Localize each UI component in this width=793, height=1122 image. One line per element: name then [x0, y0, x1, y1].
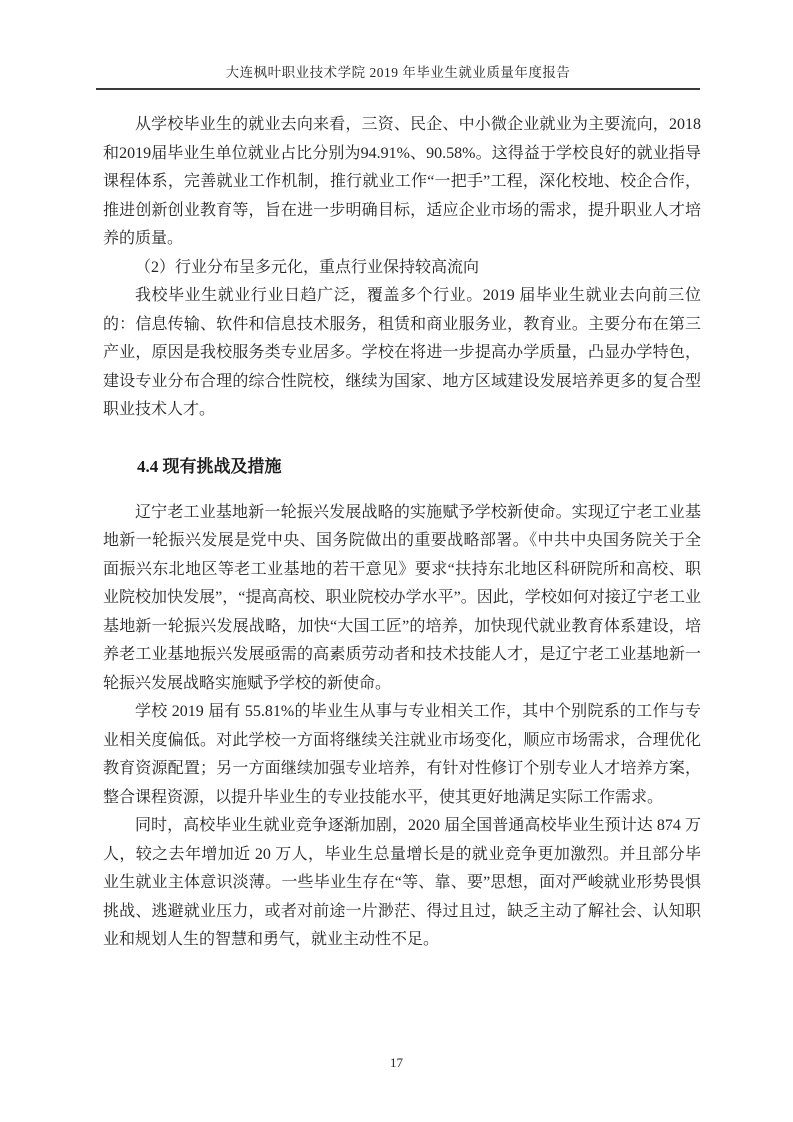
paragraph: 从学校毕业生的就业去向来看，三资、民企、中小微企业就业为主要流向，2018和20… — [103, 111, 701, 254]
page-header: 大连枫叶职业技术学院 2019 年毕业生就业质量年度报告 — [96, 64, 700, 90]
paragraph: 我校毕业生就业行业日趋广泛，覆盖多个行业。2019 届毕业生就业去向前三位的：信… — [103, 282, 701, 425]
paragraph: 学校 2019 届有 55.81%的毕业生从事与专业相关工作，其中个别院系的工作… — [103, 698, 701, 812]
paragraph: 辽宁老工业基地新一轮振兴发展战略的实施赋予学校新使命。实现辽宁老工业基地新一轮振… — [103, 499, 701, 699]
header-title: 大连枫叶职业技术学院 2019 年毕业生就业质量年度报告 — [226, 65, 571, 80]
document-body: 从学校毕业生的就业去向来看，三资、民企、中小微企业就业为主要流向，2018和20… — [103, 111, 701, 955]
page-number: 17 — [390, 1055, 403, 1070]
section-heading: 4.4 现有挑战及措施 — [103, 452, 701, 481]
document-page: 大连枫叶职业技术学院 2019 年毕业生就业质量年度报告 从学校毕业生的就业去向… — [0, 0, 793, 1122]
paragraph: 同时，高校毕业生就业竞争逐渐加剧，2020 届全国普通高校毕业生预计达 874 … — [103, 812, 701, 955]
page-footer: 17 — [0, 1055, 793, 1071]
paragraph: （2）行业分布呈多元化，重点行业保持较高流向 — [103, 254, 701, 283]
